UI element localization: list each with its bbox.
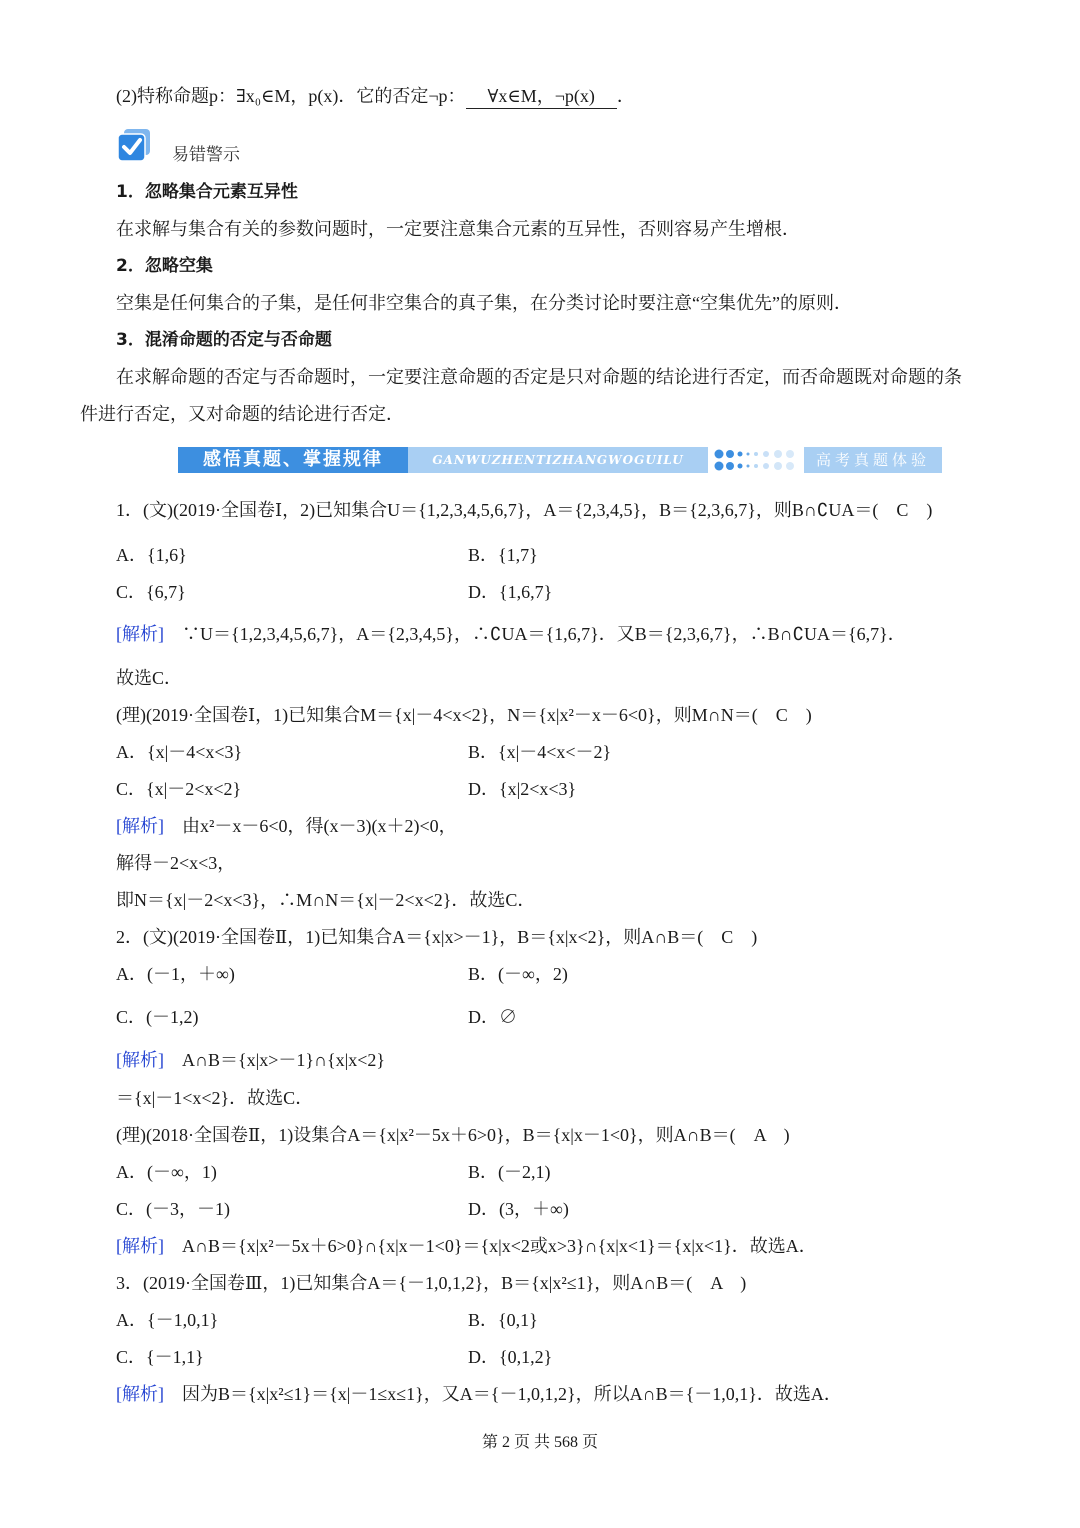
q1-option-d: D．{1,6,7} xyxy=(468,580,552,604)
question-1b-stem: (理)(2019·全国卷Ⅰ，1)已知集合M＝{x|－4<x<2}，N＝{x|x²… xyxy=(116,703,812,727)
intro-answer: ∀x∈M，¬p(x) xyxy=(466,84,617,109)
question-3-stem: 3．(2019·全国卷Ⅲ，1)已知集合A＝{－1,0,1,2}，B＝{x|x²≤… xyxy=(116,1271,746,1295)
analysis-label: [解析] xyxy=(116,1236,164,1256)
q1-analysis-2: 故选C． xyxy=(116,666,182,690)
q3-option-c: C．{－1,1} xyxy=(116,1345,204,1369)
q2-option-d: D．∅ xyxy=(468,1005,517,1029)
warning-heading-1: 1．忽略集合元素互异性 xyxy=(116,180,298,204)
q2b-option-c: C．(－3，－1) xyxy=(116,1197,230,1221)
warning-body-2: 空集是任何集合的子集，是任何非空集合的真子集，在分类讨论时要注意“空集优先”的原… xyxy=(116,291,852,315)
question-2b-stem: (理)(2018·全国卷Ⅱ，1)设集合A＝{x|x²－5x＋6>0}，B＝{x|… xyxy=(116,1123,790,1147)
q3-option-d: D．{0,1,2} xyxy=(468,1345,552,1369)
q1b-analysis-3: 即N＝{x|－2<x<3}，∴M∩N＝{x|－2<x<2}．故选C． xyxy=(116,888,535,912)
q1-option-b: B．{1,7} xyxy=(468,543,538,567)
q3-analysis-text: 因为B＝{x|x²≤1}＝{x|－1≤x≤1}，又A＝{－1,0,1,2}，所以… xyxy=(164,1384,842,1404)
q2-option-c: C．(－1,2) xyxy=(116,1005,199,1029)
question-2-stem: 2．(文)(2019·全国卷Ⅱ，1)已知集合A＝{x|x>－1}，B＝{x|x<… xyxy=(116,925,757,949)
q1b-option-d: D．{x|2<x<3} xyxy=(468,777,576,801)
q1-analysis: [解析] ∵U＝{1,2,3,4,5,6,7}，A＝{2,3,4,5}，∴∁UA… xyxy=(116,622,906,646)
page-number: 第 2 页 共 568 页 xyxy=(0,1432,1080,1454)
q3-option-a: A．{－1,0,1} xyxy=(116,1308,218,1332)
warning-body-3a: 在求解命题的否定与否命题时，一定要注意命题的否定是只对命题的结论进行否定，而否命… xyxy=(116,365,962,389)
q3-option-b: B．{0,1} xyxy=(468,1308,538,1332)
q2b-option-a: A．(－∞，1) xyxy=(116,1160,217,1184)
q2-option-b: B．(－∞，2) xyxy=(468,962,568,986)
banner-title: 感悟真题、掌握规律 xyxy=(178,447,408,473)
section-banner: 感悟真题、掌握规律 GANWUZHENTIZHANGWOGUILU 高考真题体验 xyxy=(178,447,942,473)
q1b-analysis: [解析] 由x²－x－6<0，得(x－3)(x＋2)<0， xyxy=(116,814,457,838)
intro-line: (2)特称命题p：∃x₀∈M，p(x)．它的否定¬p：∀x∈M，¬p(x)． xyxy=(116,84,635,109)
q1b-option-c: C．{x|－2<x<2} xyxy=(116,777,241,801)
q3-analysis: [解析] 因为B＝{x|x²≤1}＝{x|－1≤x≤1}，又A＝{－1,0,1,… xyxy=(116,1382,842,1406)
analysis-label: [解析] xyxy=(116,1050,164,1070)
q2-analysis: [解析] A∩B＝{x|x>－1}∩{x|x<2} xyxy=(116,1048,385,1072)
banner-tag: 高考真题体验 xyxy=(804,447,942,473)
q2b-option-d: D．(3，＋∞) xyxy=(468,1197,569,1221)
q1b-option-a: A．{x|－4<x<3} xyxy=(116,740,242,764)
intro-text: (2)特称命题p：∃x₀∈M，p(x)．它的否定¬p： xyxy=(116,86,466,106)
q1-option-a: A．{1,6} xyxy=(116,543,187,567)
q2-option-a: A．(－1，＋∞) xyxy=(116,962,235,986)
warning-heading-3: 3．混淆命题的否定与否命题 xyxy=(116,328,332,352)
q2-analysis-text: A∩B＝{x|x>－1}∩{x|x<2} xyxy=(164,1050,385,1070)
q2b-analysis: [解析] A∩B＝{x|x²－5x＋6>0}∩{x|x－1<0}＝{x|x<2或… xyxy=(116,1234,817,1258)
q2b-analysis-text: A∩B＝{x|x²－5x＋6>0}∩{x|x－1<0}＝{x|x<2或x>3}∩… xyxy=(164,1236,817,1256)
q1b-analysis-2: 解得－2<x<3， xyxy=(116,851,235,875)
checkbox-icon xyxy=(116,128,152,162)
intro-tail: ． xyxy=(617,86,635,106)
warning-body-1: 在求解与集合有关的参数问题时，一定要注意集合元素的互异性，否则容易产生增根． xyxy=(116,217,800,241)
analysis-label: [解析] xyxy=(116,1384,164,1404)
q1b-analysis-text: 由x²－x－6<0，得(x－3)(x＋2)<0， xyxy=(164,816,457,836)
warning-heading-2: 2．忽略空集 xyxy=(116,254,213,278)
q1-analysis-text: ∵U＝{1,2,3,4,5,6,7}，A＝{2,3,4,5}，∴∁UA＝{1,6… xyxy=(164,624,906,644)
q2-analysis-2: ＝{x|－1<x<2}．故选C． xyxy=(116,1086,313,1110)
q1b-option-b: B．{x|－4<x<－2} xyxy=(468,740,611,764)
q2b-option-b: B．(－2,1) xyxy=(468,1160,551,1184)
analysis-label: [解析] xyxy=(116,624,164,644)
question-1-stem: 1．(文)(2019·全国卷Ⅰ，2)已知集合U＝{1,2,3,4,5,6,7}，… xyxy=(116,498,932,522)
dots-decoration-icon xyxy=(714,449,794,471)
banner-pinyin: GANWUZHENTIZHANGWOGUILU xyxy=(408,447,708,473)
warning-title: 易错警示 xyxy=(172,143,240,167)
warning-body-3b: 件进行否定，又对命题的结论进行否定． xyxy=(80,402,404,426)
analysis-label: [解析] xyxy=(116,816,164,836)
q1-option-c: C．{6,7} xyxy=(116,580,186,604)
